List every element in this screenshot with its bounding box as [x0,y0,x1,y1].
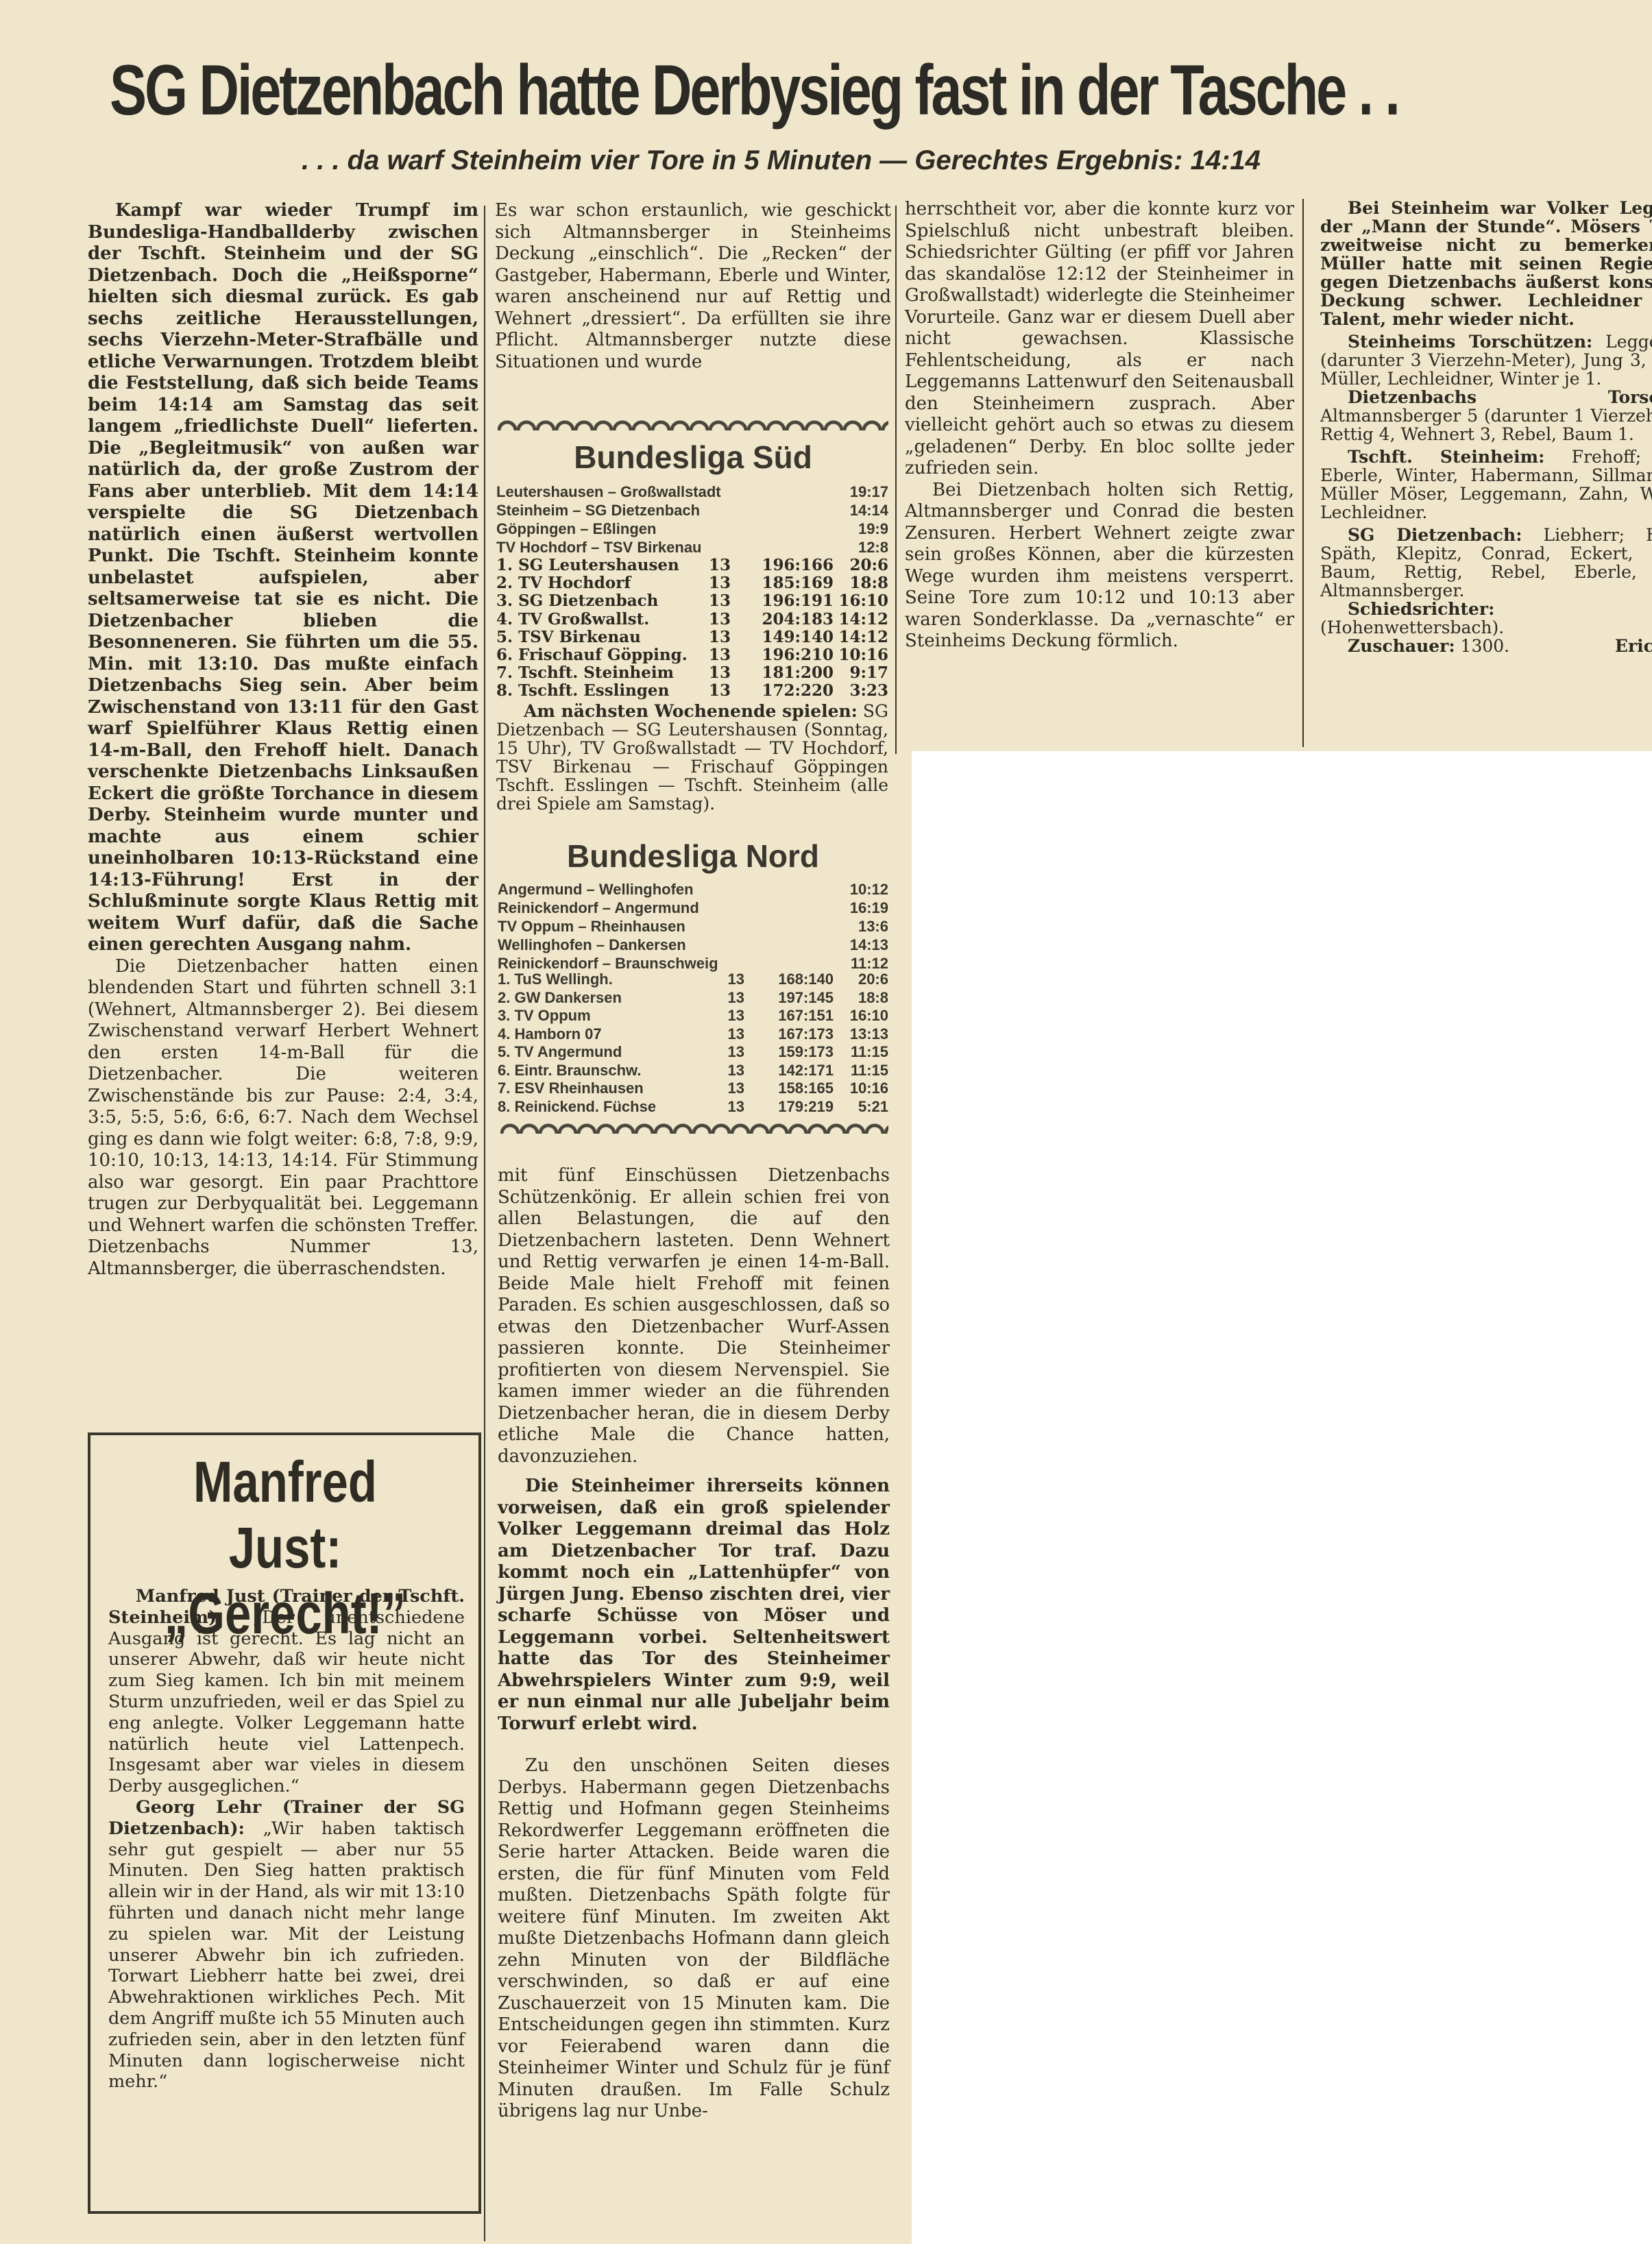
article-paragraph: herrschtheit vor, aber die konnte kurz v… [905,199,1294,480]
column-3: herrschtheit vor, aber die konnte kurz v… [905,199,1294,653]
wavy-divider [498,415,888,430]
standings-nord: 1. TuS Wellingh.13168:14020:62. GW Danke… [498,971,888,1116]
standings-row: 8. Reinickend. Füchse13179:2195:21 [498,1098,888,1117]
column-divider [484,206,485,2241]
standings-row: 4. Hamborn 0713167:17313:13 [498,1025,888,1044]
column-2-top: Es war schon erstaunlich, wie geschickt … [495,200,891,373]
result-row: Steinheim – SG Dietzenbach14:14 [496,501,888,520]
result-row: Reinickendorf – Angermund16:19 [498,899,888,917]
result-row: Göppingen – Eßlingen19:9 [496,520,888,538]
result-row: Wellinghofen – Dankersen14:13 [498,936,888,954]
standings-row: 1. SG Leutershausen13196:16620:6 [496,557,888,574]
column-divider [1302,199,1304,747]
article-paragraph: Es war schon erstaunlich, wie geschickt … [495,200,891,373]
quote-text: „Der unentschiedene Ausgang ist gerecht.… [108,1607,465,1796]
standings-row: 5. TV Angermund13159:17311:15 [498,1043,888,1062]
standings-sued: 1. SG Leutershausen13196:16620:62. TV Ho… [496,557,888,700]
standings-row: 3. SG Dietzenbach13196:19116:10 [496,592,888,610]
standings-row: 1. TuS Wellingh.13168:14020:6 [498,971,888,989]
result-row: Reinickendorf – Braunschweig11:12 [498,954,888,973]
quote-text: „Wir haben taktisch sehr gut gespielt — … [108,1818,465,2093]
author-byline: Erich L. [1588,637,1652,655]
column-divider [895,206,897,754]
column-4-clip: Bei Steinheim war Volker Leggemann der „… [1309,0,1652,754]
column-1: Kampf war wieder Trumpf im Bundesliga-Ha… [88,200,478,1280]
standings-row: 2. TV Hochdorf13185:16918:8 [496,574,888,592]
wavy-divider [500,1119,888,1134]
standings-row: 6. Frischauf Göpping.13196:21010:16 [496,646,888,664]
league-title-sued: Bundesliga Süd [495,439,891,476]
standings-row: 6. Eintr. Braunschw.13142:17111:15 [498,1062,888,1080]
headline: SG Dietzenbach hatte Derbysieg fast in d… [110,55,1313,126]
column-2-bottom: mit fünf Einschüssen Dietzenbachs Schütz… [498,1165,890,2123]
standings-row: 3. TV Oppum13167:15116:10 [498,1007,888,1025]
results-nord: Angermund – Wellinghofen10:12Reinickendo… [498,880,888,973]
standings-row: 7. ESV Rheinhausen13158:16510:16 [498,1080,888,1098]
standings-row: 7. Tschft. Steinheim13181:2009:17 [496,664,888,682]
result-row: TV Oppum – Rheinhausen13:6 [498,917,888,936]
article-paragraph: Die Steinheimer ihrerseits können vorwei… [498,1476,890,1735]
article-paragraph: Bei Steinheim war Volker Leggemann der „… [1320,199,1652,328]
standings-row: 2. GW Dankersen13197:14518:8 [498,989,888,1008]
quote-box-body: Manfred Just (Trainer der Tschft. Steinh… [108,1586,465,2093]
result-row: Leutershausen – Großwallstadt19:17 [496,483,888,501]
league-title-nord: Bundesliga Nord [495,838,891,875]
article-paragraph: Zu den unschönen Seiten dieses Derbys. H… [498,1755,890,2123]
results-sued: Leutershausen – Großwallstadt19:17Steinh… [496,483,888,557]
standings-row: 5. TSV Birkenau13149:14014:12 [496,629,888,646]
quote-box: Manfred Just: „Gerecht!” Manfred Just (T… [88,1432,481,2214]
result-row: Angermund – Wellinghofen10:12 [498,880,888,899]
article-paragraph: Kampf war wieder Trumpf im Bundesliga-Ha… [88,200,478,956]
article-paragraph: mit fünf Einschüssen Dietzenbachs Schütz… [498,1165,890,1467]
column-4: Bei Steinheim war Volker Leggemann der „… [1320,199,1652,655]
result-row: TV Hochdorf – TSV Birkenau12:8 [496,538,888,557]
next-fixtures-sued: Am nächsten Wochenende spielen: SG Dietz… [496,702,888,813]
article-paragraph: Bei Dietzenbach holten sich Rettig, Altm… [905,480,1294,653]
article-paragraph: Die Dietzenbacher hatten einen blendende… [88,956,478,1280]
standings-row: 8. Tschft. Esslingen13172:2203:23 [496,682,888,700]
standings-row: 4. TV Großwallst.13204:18314:12 [496,611,888,629]
